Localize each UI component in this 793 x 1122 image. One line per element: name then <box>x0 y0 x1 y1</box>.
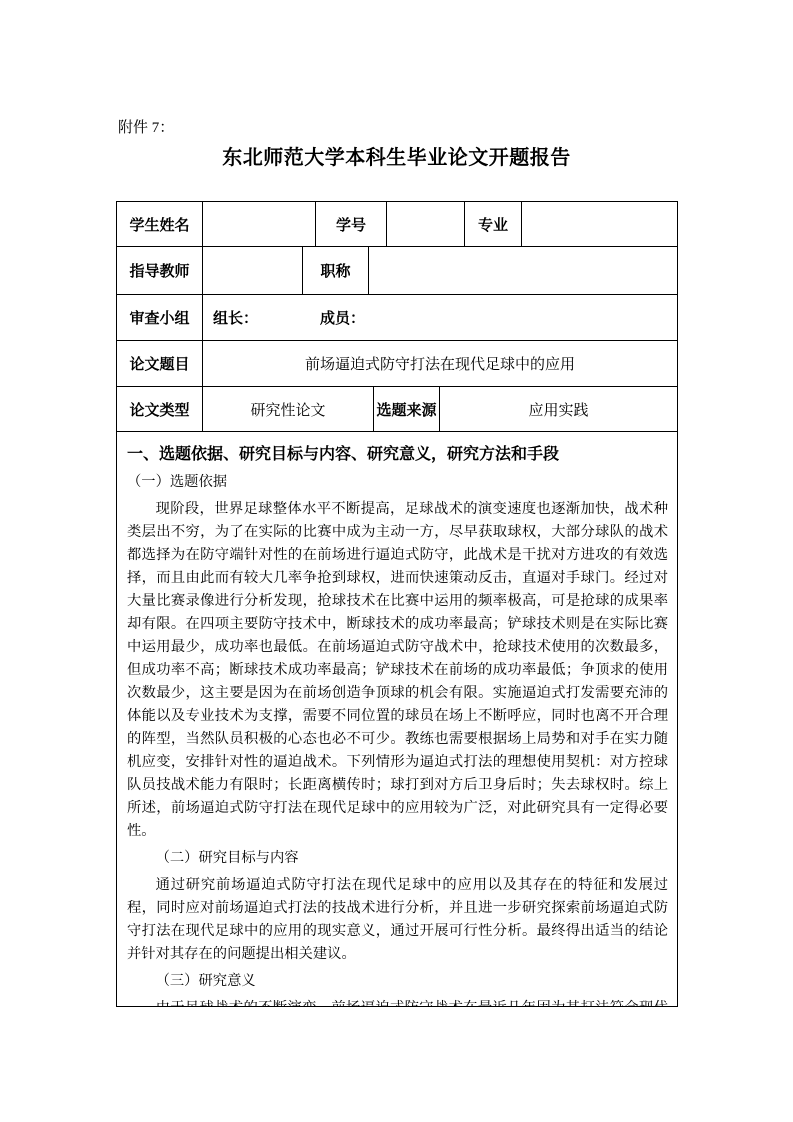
advisor-label: 指导教师 <box>117 247 202 294</box>
topic-source-value: 应用实践 <box>439 387 677 431</box>
student-id-label: 学号 <box>315 202 386 246</box>
major-value-cell[interactable] <box>521 202 677 246</box>
table-row-body: 一、选题依据、研究目标与内容、研究意义，研究方法和手段 （一）选题依据 现阶段，… <box>117 431 677 1006</box>
subsection-2-paragraph: 通过研究前场逼迫式防守打法在现代足球中的应用以及其存在的特征和发展过程，同时应对… <box>127 874 668 966</box>
student-id-value-cell[interactable] <box>386 202 464 246</box>
leader-label: 组长： <box>213 307 258 328</box>
members-label: 成员： <box>320 307 365 328</box>
review-group-label: 审查小组 <box>117 295 202 340</box>
subsection-3-paragraph: 由于足球战术的不断演变，前场逼迫式防守战术在最近几年因为其打法符合现代足球比赛特… <box>127 997 668 1006</box>
student-name-value-cell[interactable] <box>202 202 315 246</box>
subsection-1-heading: （一）选题依据 <box>127 471 668 494</box>
attachment-label: 附件 7： <box>118 116 174 137</box>
document-title: 东北师范大学本科生毕业论文开题报告 <box>0 141 793 170</box>
topic-source-label: 选题来源 <box>373 387 439 431</box>
job-title-label: 职称 <box>302 247 368 294</box>
thesis-title-label: 论文题目 <box>117 341 202 386</box>
thesis-type-label: 论文类型 <box>117 387 202 431</box>
table-row-student-info: 学生姓名 学号 专业 <box>117 202 677 246</box>
review-group-value-cell[interactable]: 组长： 成员： <box>202 295 677 340</box>
subsection-2-heading: （二）研究目标与内容 <box>127 847 668 870</box>
table-row-thesis-title: 论文题目 前场逼迫式防守打法在现代足球中的应用 <box>117 340 677 386</box>
table-row-thesis-type: 论文类型 研究性论文 选题来源 应用实践 <box>117 386 677 431</box>
body-cell: 一、选题依据、研究目标与内容、研究意义，研究方法和手段 （一）选题依据 现阶段，… <box>117 432 677 1006</box>
info-table: 学生姓名 学号 专业 指导教师 职称 审查小组 组长： 成员： 论文题目 前场逼… <box>116 201 678 1007</box>
subsection-1-paragraph: 现阶段，世界足球整体水平不断提高，足球战术的演变速度也逐渐加快，战术种类层出不穷… <box>127 498 668 843</box>
thesis-title-value: 前场逼迫式防守打法在现代足球中的应用 <box>202 341 677 386</box>
student-name-label: 学生姓名 <box>117 202 202 246</box>
table-row-advisor-info: 指导教师 职称 <box>117 246 677 294</box>
section-heading: 一、选题依据、研究目标与内容、研究意义，研究方法和手段 <box>127 442 668 467</box>
advisor-value-cell[interactable] <box>202 247 302 294</box>
document-page: 附件 7： 东北师范大学本科生毕业论文开题报告 学生姓名 学号 专业 指导教师 … <box>0 0 793 1122</box>
thesis-type-value: 研究性论文 <box>202 387 373 431</box>
table-row-review-group: 审查小组 组长： 成员： <box>117 294 677 340</box>
major-label: 专业 <box>464 202 521 246</box>
subsection-3-heading: （三）研究意义 <box>127 970 668 993</box>
job-title-value-cell[interactable] <box>368 247 677 294</box>
